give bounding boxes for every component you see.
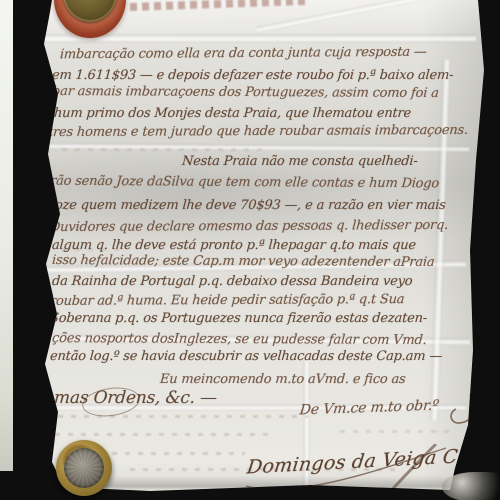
cut-off-address-strokes — [130, 0, 305, 11]
letter-paper: imbarcação como ella era da conta junta … — [0, 0, 500, 500]
letter-line: imbarcação como ella era da conta junta … — [59, 45, 427, 63]
photo-of-antique-letter: imbarcação como ella era da conta junta … — [0, 0, 500, 500]
letter-line: algum q. lhe deve está pronto p.ª lhepag… — [51, 238, 416, 253]
letter-closing: De Vm.ce m.to obr.º — [299, 398, 440, 419]
letter-line: Eu meincomendo m.to aVmd. e fico as — [159, 372, 406, 387]
signature-flourish — [240, 444, 455, 496]
letter-line: roubar ad.ª huma. Eu heide pedir satisfa… — [49, 292, 404, 309]
letter-line: Nesta Praia não me consta quelhedi- — [181, 154, 418, 169]
letter-line: então log.º se havia descubrir as velhac… — [49, 349, 442, 364]
closing-pen-flourish — [440, 393, 480, 427]
page-curl-highlight — [442, 472, 500, 500]
letter-line: tres homens e tem jurado que hade roubar… — [47, 123, 468, 140]
letter-line: em 1.611$93 — e depois defazer este roub… — [51, 68, 453, 83]
letter-line: hum primo dos Monjes desta Praia, que lh… — [53, 106, 411, 121]
letter-line: rão senão Joze daSilva que tem com elle … — [50, 174, 440, 192]
coin-center — [64, 448, 104, 488]
left-white-strip — [0, 0, 13, 471]
paper-crease-vertical — [430, 60, 452, 420]
letter-line: ções nosportos dosInglezes, se eu pudess… — [52, 331, 428, 348]
scale-coin — [56, 440, 112, 496]
letter-line: mas Ordens, &c. — — [53, 388, 217, 408]
letter-line: Joze quem medizem lhe deve 70$93 —, e a … — [49, 198, 446, 213]
ink-bleed-marks — [340, 430, 450, 433]
letter-line: bar asmais imbarcaçoens dos Portuguezes,… — [52, 84, 440, 101]
letter-line: Duvidores que declare omesmo das pessoas… — [49, 218, 448, 235]
ink-bleed-marks — [55, 433, 270, 436]
paper-crease — [44, 34, 476, 43]
letter-line: isso hefalcidade; este Cap.m mor veyo ad… — [52, 253, 435, 270]
letter-line: da Rainha de Portugal p.q. debaixo dessa… — [51, 274, 412, 289]
ink-bleed-marks — [62, 148, 262, 151]
letter-line: Soberana p.q. os Portuguezes nunca fizer… — [49, 311, 427, 326]
